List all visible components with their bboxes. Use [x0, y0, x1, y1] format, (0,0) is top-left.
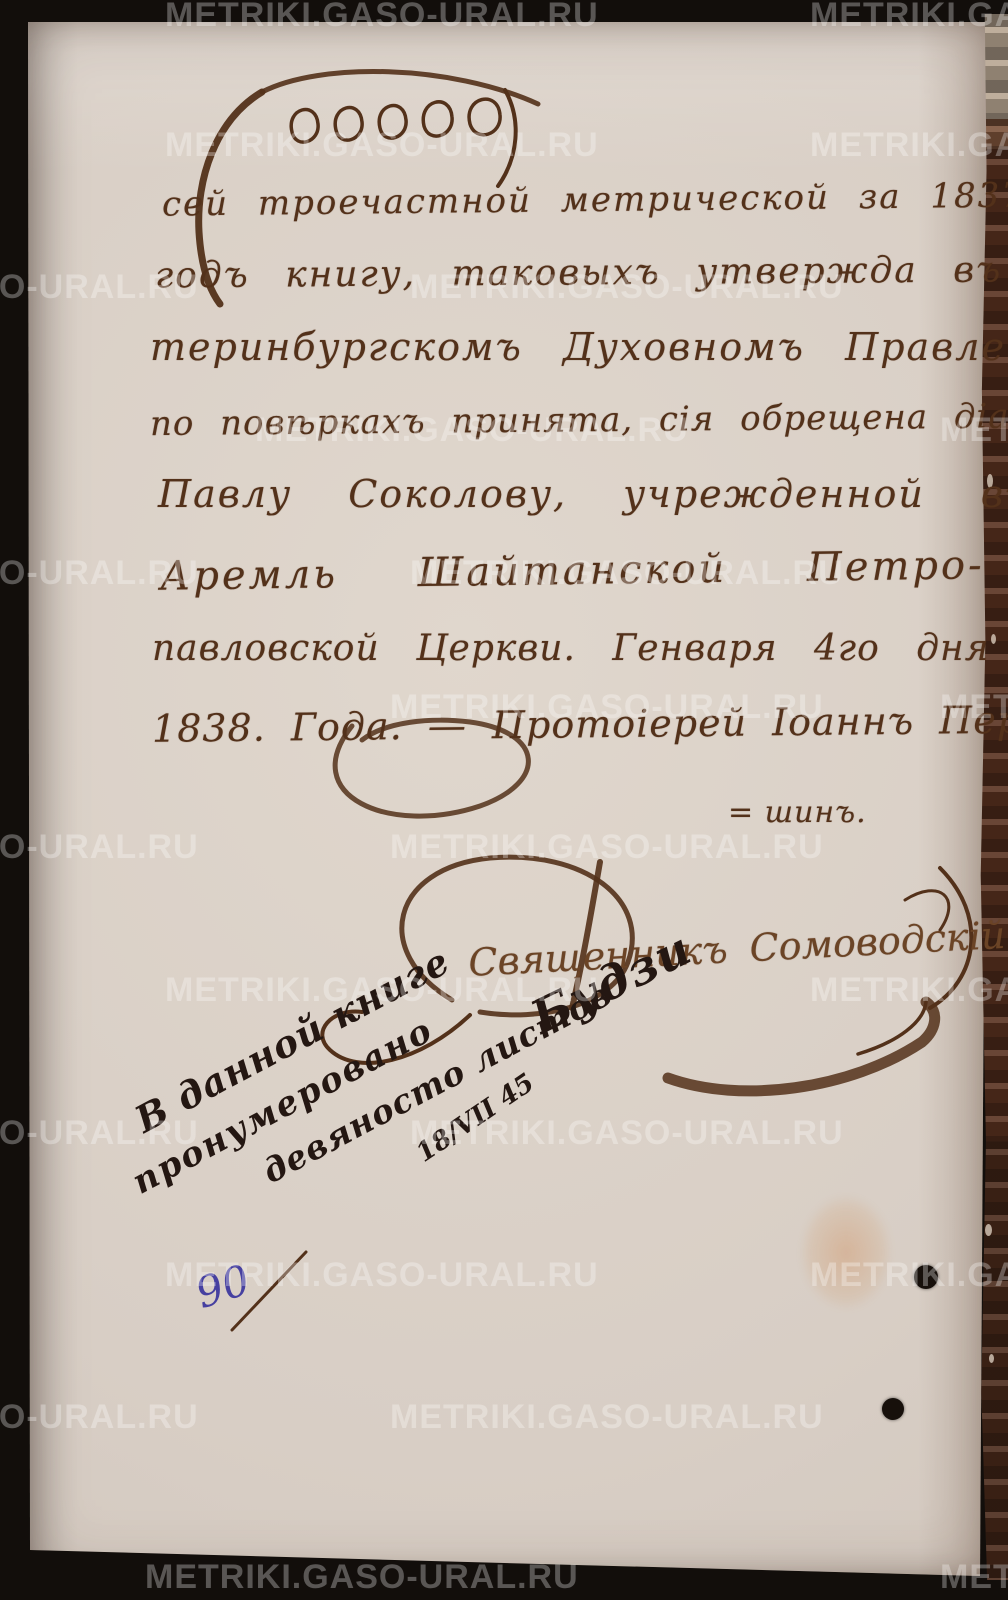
rust-stain: [786, 1170, 906, 1320]
binding-fleck: [991, 634, 996, 644]
handwriting-line: по повѣркахъ принята, сія обрещена діако…: [150, 396, 1008, 444]
handwriting-line: павловской Церкви. Генваря 4го дня: [152, 628, 990, 669]
archival-scan-page: сей троечастной метрической за 1837. год…: [0, 0, 1008, 1600]
binding-fleck: [989, 1354, 994, 1363]
handwriting-line: Павлу Соколову, учрежденной въ: [158, 472, 1008, 516]
handwriting-line: теринбургскомъ Духовномъ Правленіи,: [150, 325, 1008, 369]
handwriting-line: годъ книгу, таковыхъ утвержда въ Ека-: [155, 249, 1008, 297]
binding-fleck: [985, 1224, 992, 1236]
worm-hole: [882, 1398, 904, 1420]
annotation-signature: Будзи: [523, 920, 701, 1044]
handwriting-line: 1838. Года. — Протоіерей Іоаннъ Перву: [152, 697, 1008, 751]
worm-hole: [914, 1265, 938, 1289]
handwriting-line: = шинъ.: [728, 795, 867, 830]
watermark-text: METRIKI.GASO-URAL.RU: [145, 1558, 579, 1597]
